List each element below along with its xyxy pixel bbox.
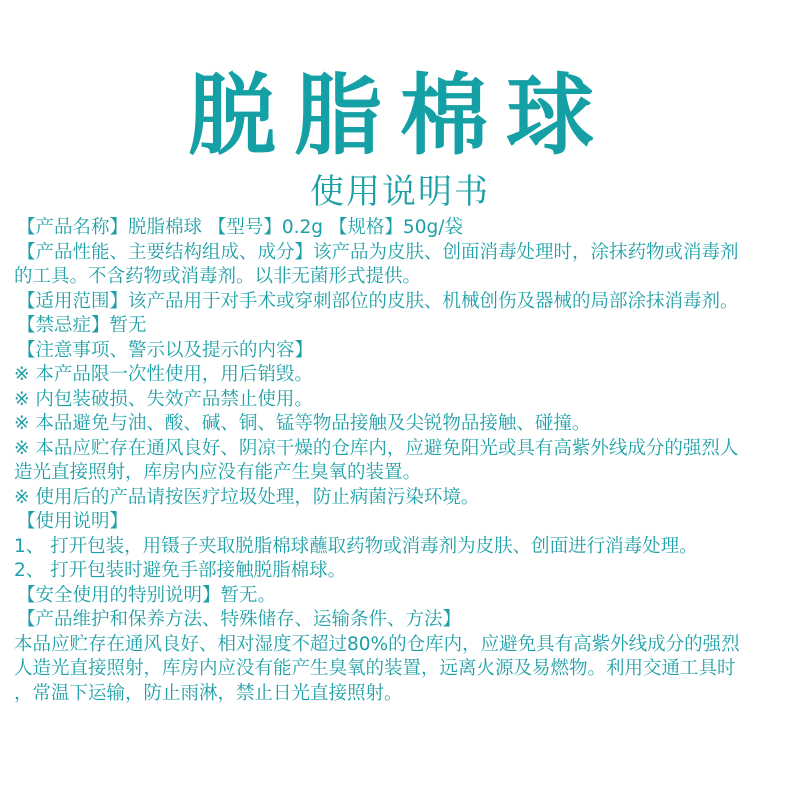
line-precaution-5: ※ 使用后的产品请按医疗垃圾处理，防止病菌污染环境。 <box>14 486 794 511</box>
line-maintenance-3: ，常温下运输，防止雨淋，禁止日光直接照射。 <box>14 682 794 707</box>
line-usage-2: 2、 打开包装时避免手部接触脱脂棉球。 <box>14 559 794 584</box>
line-precaution-1: ※ 本产品限一次性使用，用后销毁。 <box>14 363 794 388</box>
line-usage-1: 1、 打开包装，用镊子夹取脱脂棉球蘸取药物或消毒剂为皮肤、创面进行消毒处理。 <box>14 535 794 560</box>
line-safety: 【安全使用的特别说明】暂无。 <box>14 584 794 609</box>
line-precautions-heading: 【注意事项、警示以及提示的内容】 <box>14 339 794 364</box>
instructions-body: 【产品名称】脱脂棉球 【型号】0.2g 【规格】50g/袋 【产品性能、主要结构… <box>14 216 794 706</box>
instructions-subtitle: 使用说明书 <box>0 172 800 212</box>
line-maintenance-2: 人造光直接照射，库房内应没有能产生臭氧的装置，远离火源及易燃物。利用交通工具时 <box>14 657 794 682</box>
line-precaution-2: ※ 内包装破损、失效产品禁止使用。 <box>14 388 794 413</box>
line-performance-heading: 【产品性能、主要结构组成、成分】该产品为皮肤、创面消毒处理时，涂抹药物或消毒剂 <box>14 241 794 266</box>
line-maintenance-heading: 【产品维护和保养方法、特殊储存、运输条件、方法】 <box>14 608 794 633</box>
line-precaution-4: ※ 本品应贮存在通风良好、阴凉干燥的仓库内，应避免阳光或具有高紫外线成分的强烈人 <box>14 437 794 462</box>
line-contraindications: 【禁忌症】暂无 <box>14 314 794 339</box>
line-maintenance-1: 本品应贮存在通风良好、相对湿度不超过80%的仓库内，应避免具有高紫外线成分的强烈 <box>14 633 794 658</box>
line-product-name: 【产品名称】脱脂棉球 【型号】0.2g 【规格】50g/袋 <box>14 216 794 241</box>
product-title: 脱脂棉球 <box>0 66 800 166</box>
line-precaution-3: ※ 本品避免与油、酸、碱、铜、锰等物品接触及尖锐物品接触、碰撞。 <box>14 412 794 437</box>
line-scope: 【适用范围】该产品用于对手术或穿刺部位的皮肤、机械创伤及器械的局部涂抹消毒剂。 <box>14 290 794 315</box>
line-precaution-4-cont: 造光直接照射，库房内应没有能产生臭氧的装置。 <box>14 461 794 486</box>
line-usage-heading: 【使用说明】 <box>14 510 794 535</box>
line-performance-cont: 的工具。不含药物或消毒剂。以非无菌形式提供。 <box>14 265 794 290</box>
